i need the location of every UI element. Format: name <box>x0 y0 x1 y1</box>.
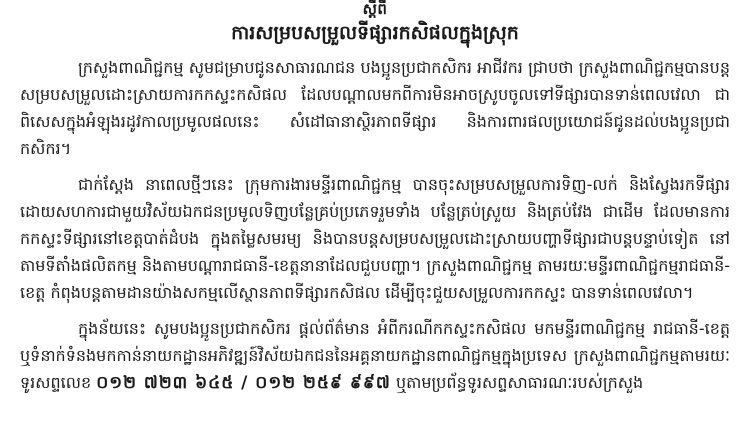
document-kicker: ស្តីពី <box>20 0 730 18</box>
document-page: ស្តីពី ការសម្របសម្រួលទីផ្សារកសិផលក្នុងស្… <box>0 0 750 430</box>
phone-numbers: ០១២ ៧២៣ ៦៤៥ / ០១២ ២៥៩ ៩៩៧ <box>96 373 391 393</box>
paragraph-1: ក្រសួងពាណិជ្ជកម្ម សូមជម្រាបជូនសាធារណជន ប… <box>20 54 730 162</box>
paragraph-3: ក្នុងន័យនេះ សូមបងប្អូនប្រជាកសិករ ផ្តល់ព័… <box>20 315 730 397</box>
paragraph-3-continued: ឬតាមប្រព័ន្ធទូរសព្ទសាធារណៈរបស់ក្រសួង <box>391 373 643 392</box>
paragraph-2: ជាក់ស្តែង នាពេលថ្មីៗនេះ ក្រុមការងារមន្ទី… <box>20 171 730 306</box>
document-title: ការសម្របសម្រួលទីផ្សារកសិផលក្នុងស្រុក <box>20 20 730 46</box>
